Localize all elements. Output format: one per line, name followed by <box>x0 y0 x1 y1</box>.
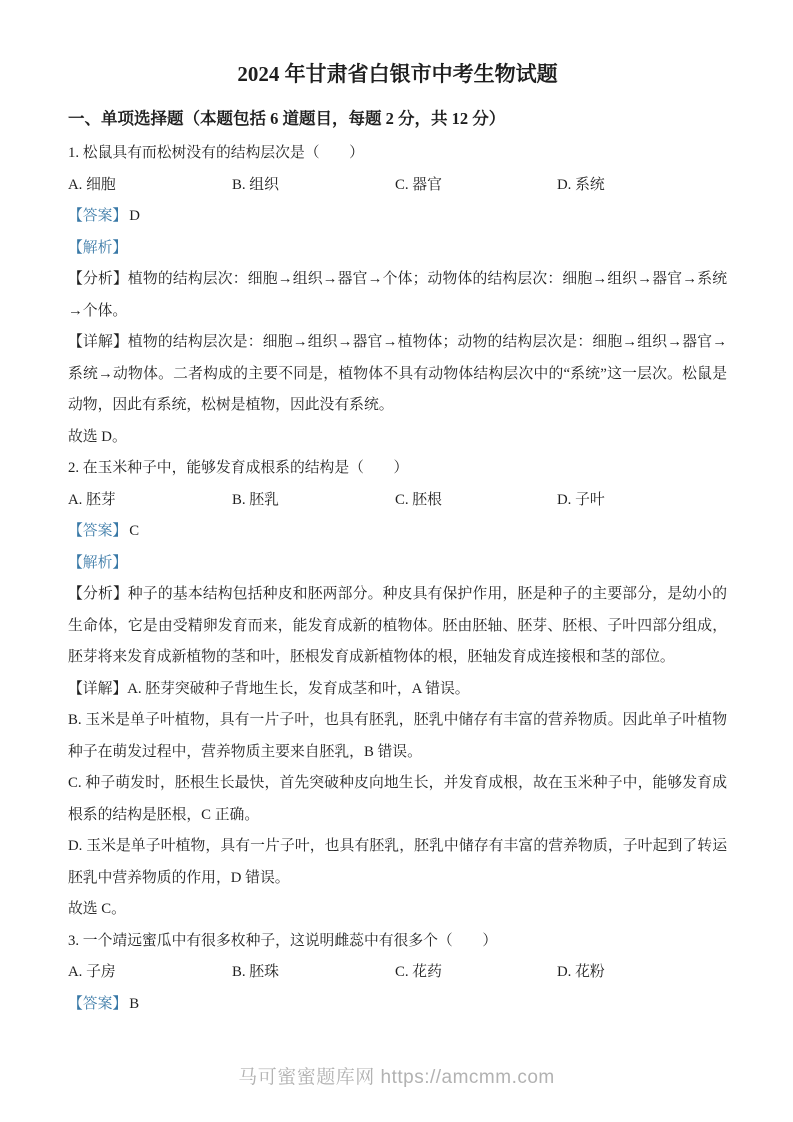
question-text: 3. 一个靖远蜜瓜中有很多枚种子，这说明雌蕊中有很多个（ ） <box>68 926 727 958</box>
analysis-paragraph: 【分析】种子的基本结构包括种皮和胚两部分。种皮具有保护作用，胚是种子的主要部分，… <box>68 579 727 674</box>
option-a: A. 胚芽 <box>68 485 232 517</box>
option-a: A. 细胞 <box>68 170 232 202</box>
analysis-label-line: 【解析】 <box>68 233 727 265</box>
question-text: 2. 在玉米种子中，能够发育成根系的结构是（ ） <box>68 453 727 485</box>
options-row: A. 细胞 B. 组织 C. 器官 D. 系统 <box>68 170 727 202</box>
answer-label: 【答案】 <box>68 208 127 224</box>
option-c: C. 器官 <box>395 170 557 202</box>
option-d: D. 花粉 <box>557 957 727 989</box>
analysis-paragraph: 【分析】植物的结构层次：细胞→组织→器官→个体；动物体的结构层次：细胞→组织→器… <box>68 264 727 327</box>
answer-value: C <box>129 523 139 539</box>
option-b: B. 胚珠 <box>232 957 395 989</box>
doc-title: 2024 年甘肃省白银市中考生物试题 <box>68 58 727 90</box>
option-a: A. 子房 <box>68 957 232 989</box>
conclusion-paragraph: 故选 D。 <box>68 422 727 454</box>
option-b: B. 组织 <box>232 170 395 202</box>
exam-document-page: 2024 年甘肃省白银市中考生物试题 一、单项选择题（本题包括 6 道题目，每题… <box>0 0 793 1122</box>
option-d: D. 子叶 <box>557 485 727 517</box>
analysis-label-line: 【解析】 <box>68 548 727 580</box>
answer-line: 【答案】D <box>68 201 727 233</box>
option-d: D. 系统 <box>557 170 727 202</box>
answer-label: 【答案】 <box>68 996 127 1012</box>
options-row: A. 子房 B. 胚珠 C. 花药 D. 花粉 <box>68 957 727 989</box>
question-block-2: 2. 在玉米种子中，能够发育成根系的结构是（ ） A. 胚芽 B. 胚乳 C. … <box>68 453 727 926</box>
section-heading: 一、单项选择题（本题包括 6 道题目，每题 2 分，共 12 分） <box>68 105 727 133</box>
option-c: C. 胚根 <box>395 485 557 517</box>
detail-paragraph-b: B. 玉米是单子叶植物，具有一片子叶，也具有胚乳，胚乳中储存有丰富的营养物质。因… <box>68 705 727 768</box>
detail-paragraph-d: D. 玉米是单子叶植物，具有一片子叶，也具有胚乳，胚乳中储存有丰富的营养物质，子… <box>68 831 727 894</box>
footer-watermark: 马可蜜蜜题库网 https://amcmm.com <box>0 1062 793 1089</box>
option-b: B. 胚乳 <box>232 485 395 517</box>
analysis-label: 【解析】 <box>68 555 127 571</box>
options-row: A. 胚芽 B. 胚乳 C. 胚根 D. 子叶 <box>68 485 727 517</box>
answer-label: 【答案】 <box>68 523 127 539</box>
answer-value: B <box>129 996 139 1012</box>
detail-paragraph-c: C. 种子萌发时，胚根生长最快，首先突破种皮向地生长，并发育成根，故在玉米种子中… <box>68 768 727 831</box>
analysis-paragraph: 【详解】植物的结构层次是：细胞→组织→器官→植物体；动物的结构层次是：细胞→组织… <box>68 327 727 422</box>
question-block-1: 1. 松鼠具有而松树没有的结构层次是（ ） A. 细胞 B. 组织 C. 器官 … <box>68 138 727 453</box>
question-text: 1. 松鼠具有而松树没有的结构层次是（ ） <box>68 138 727 170</box>
answer-value: D <box>129 208 140 224</box>
option-c: C. 花药 <box>395 957 557 989</box>
question-block-3: 3. 一个靖远蜜瓜中有很多枚种子，这说明雌蕊中有很多个（ ） A. 子房 B. … <box>68 926 727 1021</box>
detail-paragraph-a: 【详解】A. 胚芽突破种子背地生长，发育成茎和叶，A 错误。 <box>68 674 727 706</box>
answer-line: 【答案】C <box>68 516 727 548</box>
conclusion-paragraph: 故选 C。 <box>68 894 727 926</box>
analysis-label: 【解析】 <box>68 240 127 256</box>
answer-line: 【答案】B <box>68 989 727 1021</box>
